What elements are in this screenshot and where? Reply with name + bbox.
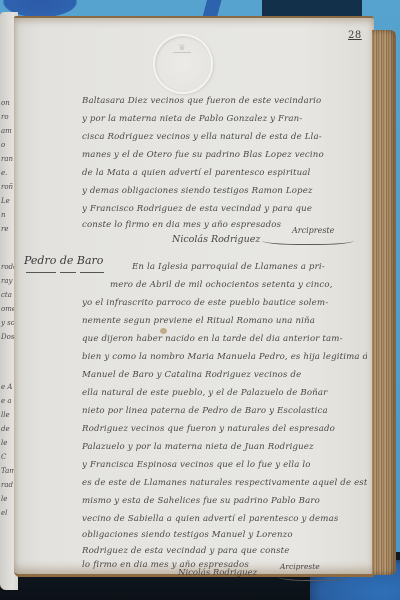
- left-page-fragment: ran: [1, 156, 13, 163]
- entry-2-line: es de este de Llamanes naturales respect…: [82, 478, 367, 488]
- left-page-fragment: C: [1, 454, 6, 461]
- crown-icon: ♛: [173, 44, 191, 53]
- entry-2-line: Palazuelo y por la materna nieta de Juan…: [82, 442, 367, 452]
- signature-flourish: [262, 234, 354, 245]
- left-page-fragment: de: [1, 426, 10, 433]
- entry-2-line: mismo y esta de Sahelices fue su padrino…: [82, 496, 367, 506]
- left-page-fragment: Le: [1, 198, 10, 205]
- left-page-fragment: re: [1, 226, 9, 233]
- left-page-fragment: e a: [1, 398, 12, 405]
- entry-2-line: nieto por linea paterna de Pedro de Baro…: [82, 406, 367, 416]
- entry-1-line: y Francisco Rodriguez de esta vecindad y…: [82, 204, 367, 214]
- margin-heading-child-name: Pedro de Baro: [24, 254, 103, 267]
- left-page-fragment: y so: [1, 320, 15, 327]
- left-page-fragment: on: [1, 100, 10, 107]
- left-page-fragment: el: [1, 510, 7, 517]
- entry-2-line: obligaciones siendo testigos Manuel y Lo…: [82, 530, 367, 540]
- entry-2-line: nemente segun previene el Ritual Romano …: [82, 316, 367, 326]
- entry-1-line: y por la materna nieta de Pablo Gonzalez…: [82, 114, 367, 124]
- entry-1-line: de la Mata a quien advertí el parentesco…: [82, 168, 367, 178]
- book-fore-edge: [372, 30, 396, 575]
- priest-signature: Nicolás Rodriguez: [178, 568, 257, 578]
- left-page-fragment: am: [1, 128, 12, 135]
- left-page-fragment: cta: [1, 292, 12, 299]
- priest-signature: Nicolás Rodriguez: [172, 234, 260, 245]
- left-page-fragment: n: [1, 212, 6, 219]
- left-page-fragment: o: [1, 142, 5, 149]
- entry-2-line: yo el infrascrito parroco de este pueblo…: [82, 298, 367, 308]
- left-page-fragment: e A: [1, 384, 12, 391]
- entry-2-line: vecino de Sabiella a quien advertí el pa…: [82, 514, 367, 524]
- entry-2-line: que dijeron haber nacido en la tarde del…: [82, 334, 367, 344]
- left-page-fragment: ro: [1, 114, 9, 121]
- heading-underline: [80, 272, 104, 273]
- entry-2-line: En la Iglesia parroquial de Llamanes a p…: [132, 262, 367, 272]
- left-page-fragment: ray: [1, 278, 12, 285]
- entry-2-line: y Francisca Espinosa vecinos que el lo f…: [82, 460, 367, 470]
- ink-stain: [160, 328, 167, 334]
- heading-underline: [26, 272, 56, 273]
- heading-underline: [60, 272, 76, 273]
- entry-1-line: Baltasara Diez vecinos que fueron de est…: [82, 96, 367, 106]
- left-page-fragment: Dos: [1, 334, 14, 341]
- entry-2-line: mero de Abril de mil ochocientos setenta…: [110, 280, 368, 290]
- entry-1-line: manes y el de Otero fue su padrino Blas …: [82, 150, 367, 160]
- left-page-fragment: le: [1, 496, 7, 503]
- entry-2-line: Rodriguez de esta vecindad y para que co…: [82, 546, 367, 556]
- left-page-fragment: rad: [1, 482, 13, 489]
- entry-2-line: ella natural de este pueblo, y el de Pal…: [82, 388, 367, 398]
- entry-1-line: y demas obligaciones siendo testigos Ram…: [82, 186, 367, 196]
- left-page-fragment: e.: [1, 170, 7, 177]
- entry-2-line: Manuel de Baro y Catalina Rodriguez veci…: [82, 370, 367, 380]
- entry-2-line: bien y como la nombro Maria Manuela Pedr…: [82, 352, 367, 362]
- folio-number: 28: [348, 30, 362, 41]
- embossed-seal: ♛: [153, 34, 213, 94]
- left-page-fragment: roñ: [1, 184, 13, 191]
- left-page-fragment: lle: [1, 412, 10, 419]
- left-page-fragment: le: [1, 440, 7, 447]
- entry-1-line: cisca Rodriguez vecinos y ella natural d…: [82, 132, 367, 142]
- entry-2-line: Rodriguez vecinos que fueron y naturales…: [82, 424, 367, 434]
- signature-flourish: [278, 570, 348, 581]
